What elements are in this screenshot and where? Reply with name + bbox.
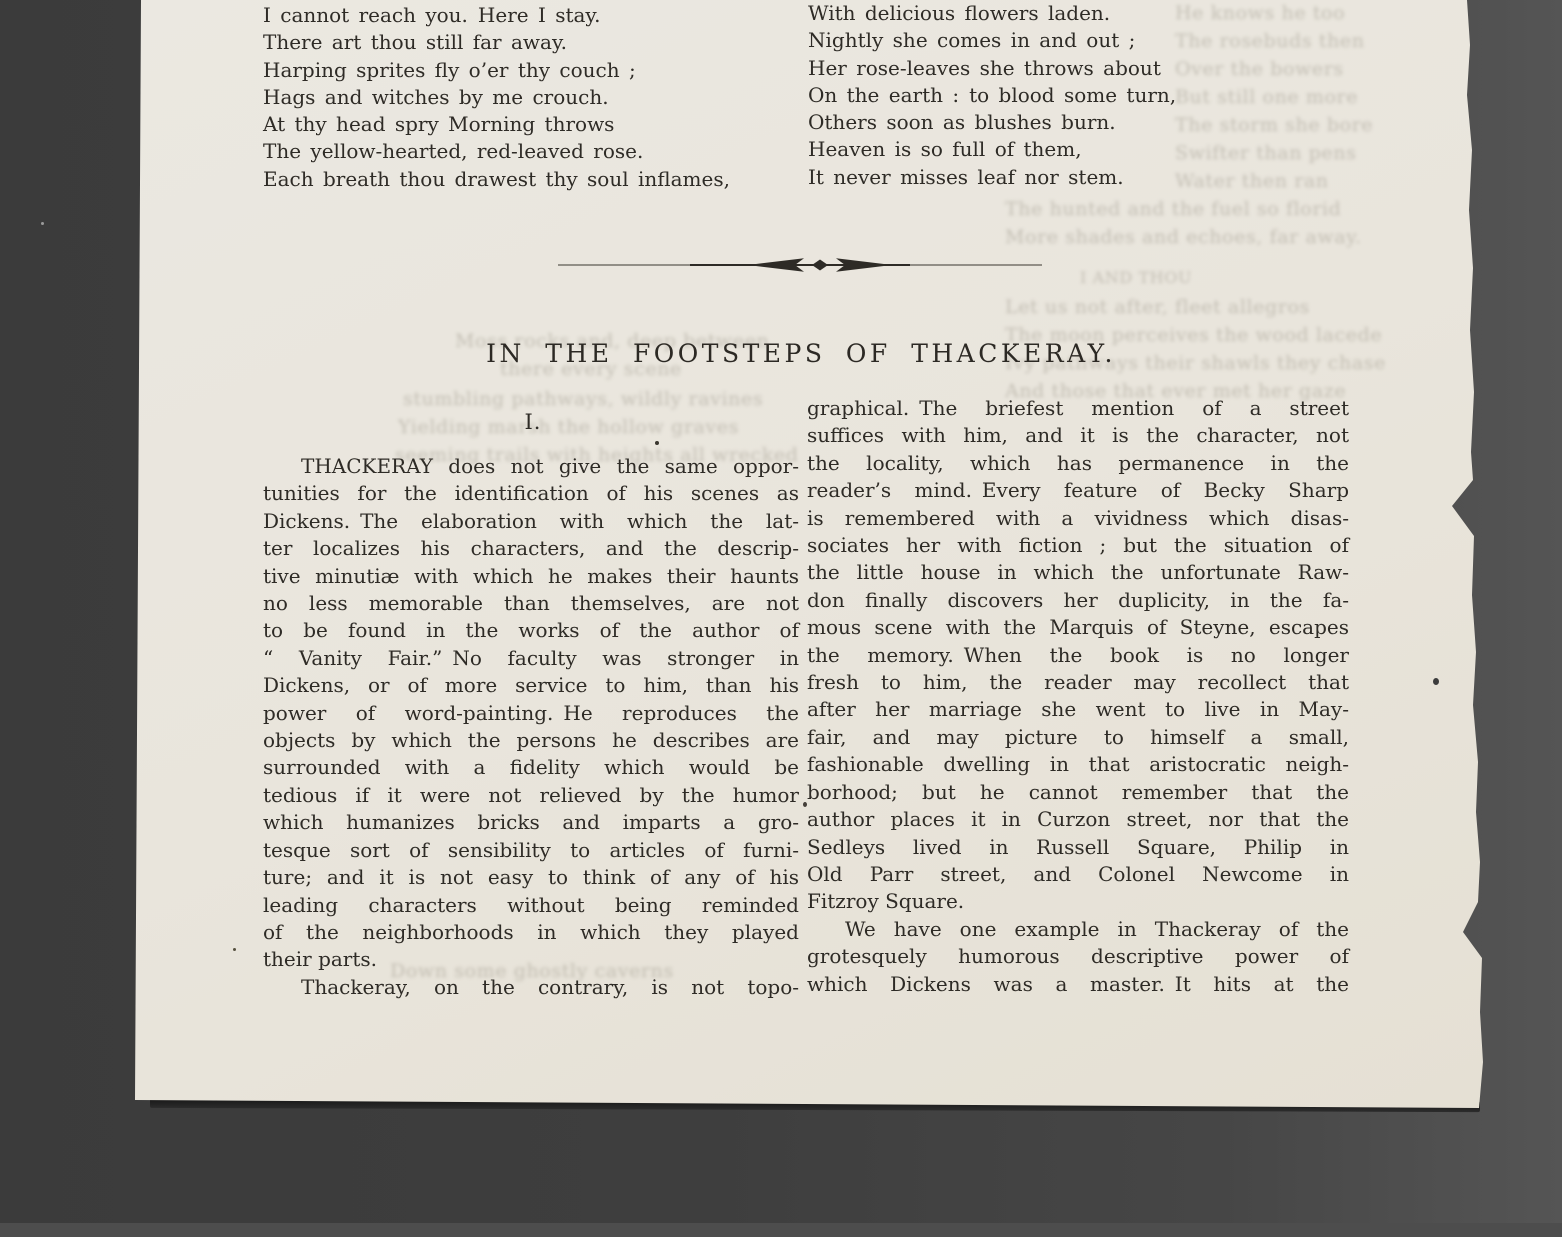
text-line: is remembered with a vividness which dis…: [807, 505, 1349, 532]
text-line: of the neighborhoods in which they playe…: [263, 919, 799, 946]
text-line: ter localizes his characters, and the de…: [263, 535, 799, 562]
scanner-background: He knows he too The rosebuds then Over t…: [0, 0, 1562, 1237]
text-line: We have one example in Thackeray of the: [807, 916, 1349, 943]
text-line: Heaven is so full of them,: [808, 136, 1268, 163]
ink-speck: [1433, 678, 1439, 685]
article-title: IN THE FOOTSTEPS OF THACKERAY.: [135, 339, 1467, 368]
text-line: borhood; but he cannot remember that the: [807, 779, 1349, 806]
divider-ornament: [550, 252, 1050, 278]
text-line: power of word-painting. He reproduces th…: [263, 700, 799, 727]
ghost-showthrough-text: More shades and echoes, far away.: [1005, 226, 1362, 248]
text-line: Dickens, or of more service to him, than…: [263, 672, 799, 699]
text-line: which Dickens was a master. It hits at t…: [807, 971, 1349, 998]
text-line: no less memorable than themselves, are n…: [263, 590, 799, 617]
text-line: Thackeray, on the contrary, is not topo-: [263, 974, 799, 1001]
text-line: tive minutiæ with which he makes their h…: [263, 563, 799, 590]
text-line: surrounded with a fidelity which would b…: [263, 754, 799, 781]
text-line: leading characters without being reminde…: [263, 892, 799, 919]
text-line: mous scene with the Marquis of Steyne, e…: [807, 614, 1349, 641]
text-line: Harping sprites fly o’er thy couch ;: [263, 57, 808, 84]
text-line: “ Vanity Fair.” No faculty was stronger …: [263, 645, 799, 672]
ink-speck: [655, 441, 659, 445]
text-line: tedious if it were not relieved by the h…: [263, 782, 799, 809]
text-line: fair, and may picture to himself a small…: [807, 724, 1349, 751]
text-line: don finally discovers her duplicity, in …: [807, 587, 1349, 614]
paragraph: We have one example in Thackeray of theg…: [807, 916, 1349, 998]
text-line: tesque sort of sensibility to articles o…: [263, 837, 799, 864]
text-line: sociates her with fiction ; but the situ…: [807, 532, 1349, 559]
text-line: On the earth : to blood some turn,: [808, 82, 1268, 109]
text-line: Old Parr street, and Colonel Newcome in: [807, 861, 1349, 888]
ghost-showthrough-text: I AND THOU: [1080, 268, 1192, 287]
text-line: ture; and it is not easy to think of any…: [263, 864, 799, 891]
poem-column-right: With delicious flowers laden.Nightly she…: [808, 0, 1268, 191]
scanned-page: He knows he too The rosebuds then Over t…: [135, 0, 1485, 1112]
text-line: objects by which the persons he describe…: [263, 727, 799, 754]
ghost-showthrough-text: Let us not after, fleet allegros: [1005, 296, 1310, 318]
ghost-showthrough-text: The hunted and the fuel so florid: [1005, 198, 1341, 220]
text-line: THACKERAY does not give the same oppor-: [263, 453, 799, 480]
ink-speck: [803, 802, 807, 807]
paragraph: Thackeray, on the contrary, is not topo-: [263, 974, 799, 1001]
mat-bottom-edge: [0, 1223, 1562, 1237]
text-line: their parts.: [263, 946, 799, 973]
text-line: author places it in Curzon street, nor t…: [807, 806, 1349, 833]
text-line: Dickens. The elaboration with which the …: [263, 508, 799, 535]
article-column-right: graphical. The briefest mention of a str…: [807, 395, 1349, 998]
text-line: Each breath thou drawest thy soul inflam…: [263, 166, 808, 193]
text-line: Others soon as blushes burn.: [808, 109, 1268, 136]
paragraph: graphical. The briefest mention of a str…: [807, 395, 1349, 916]
article-column-left: THACKERAY does not give the same oppor-t…: [263, 453, 799, 1001]
text-line: Hags and witches by me crouch.: [263, 84, 808, 111]
text-line: graphical. The briefest mention of a str…: [807, 395, 1349, 422]
text-line: the memory. When the book is no longer: [807, 642, 1349, 669]
text-line: suffices with him, and it is the charact…: [807, 422, 1349, 449]
text-line: With delicious flowers laden.: [808, 0, 1268, 27]
text-line: It never misses leaf nor stem.: [808, 164, 1268, 191]
text-line: the little house in which the unfortunat…: [807, 559, 1349, 586]
text-line: fashionable dwelling in that aristocrati…: [807, 751, 1349, 778]
text-line: There art thou still far away.: [263, 29, 808, 56]
text-line: to be found in the works of the author o…: [263, 617, 799, 644]
text-line: grotesquely humorous descriptive power o…: [807, 943, 1349, 970]
text-line: Fitzroy Square.: [807, 888, 1349, 915]
ghost-showthrough-text: stumbling pathways, wildly ravines: [403, 388, 763, 410]
paragraph: THACKERAY does not give the same oppor-t…: [263, 453, 799, 974]
text-line: The yellow-hearted, red-leaved rose.: [263, 138, 808, 165]
text-line: Nightly she comes in and out ;: [808, 27, 1268, 54]
text-line: At thy head spry Morning throws: [263, 111, 808, 138]
text-line: I cannot reach you. Here I stay.: [263, 2, 808, 29]
text-line: Her rose-leaves she throws about: [808, 55, 1268, 82]
ink-speck: [233, 948, 236, 951]
text-line: reader’s mind. Every feature of Becky Sh…: [807, 477, 1349, 504]
text-line: after her marriage she went to live in M…: [807, 696, 1349, 723]
text-line: tunities for the identification of his s…: [263, 480, 799, 507]
dust-speck: [41, 222, 44, 225]
text-line: which humanizes bricks and imparts a gro…: [263, 809, 799, 836]
text-line: Sedleys lived in Russell Square, Philip …: [807, 834, 1349, 861]
section-numeral: I.: [263, 410, 803, 434]
poem-column-left: I cannot reach you. Here I stay.There ar…: [263, 2, 808, 193]
text-line: the locality, which has permanence in th…: [807, 450, 1349, 477]
text-line: fresh to him, the reader may recollect t…: [807, 669, 1349, 696]
